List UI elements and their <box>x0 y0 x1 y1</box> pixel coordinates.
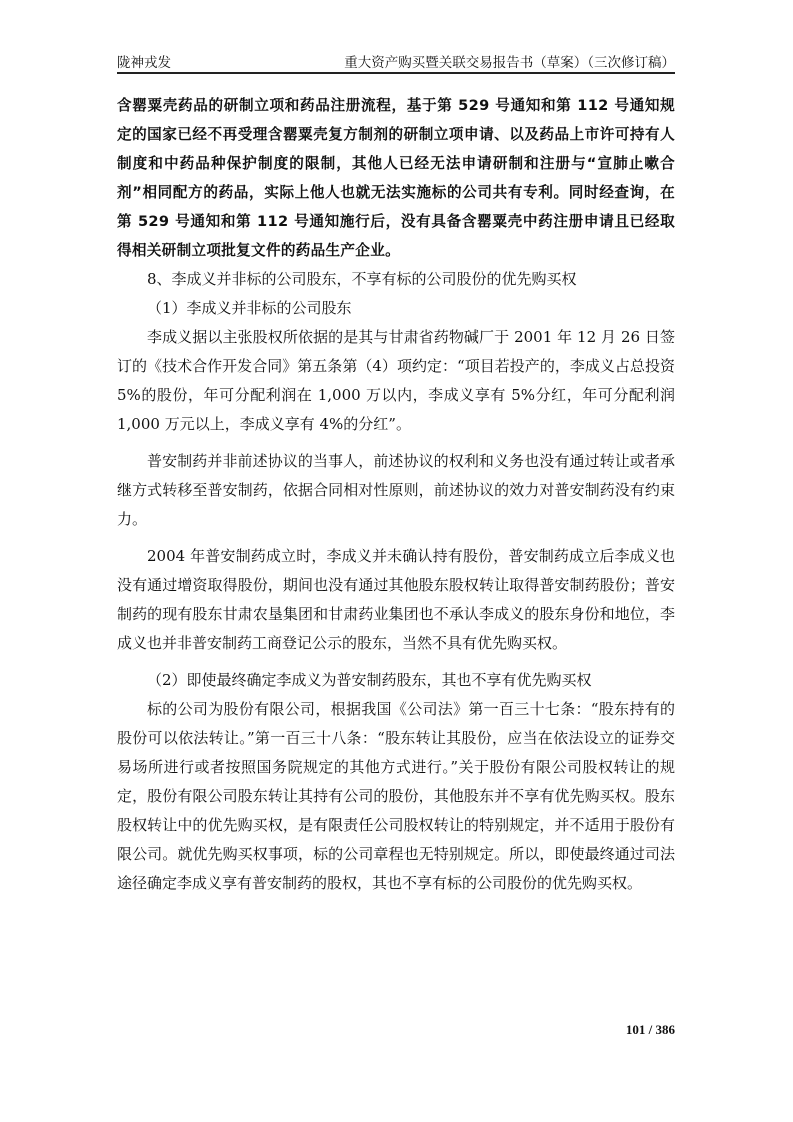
page-content: 含罂粟壳药品的研制立项和药品注册流程，基于第 529 号通知和第 112 号通知… <box>117 91 675 898</box>
subsection-2-heading: （2）即使最终确定李成义为普安制药股东，其也不享有优先购买权 <box>117 666 675 695</box>
section-8-heading: 8、李成义并非标的公司股东，不享有标的公司股份的优先购买权 <box>117 265 675 294</box>
bold-paragraph: 含罂粟壳药品的研制立项和药品注册流程，基于第 529 号通知和第 112 号通知… <box>117 91 675 265</box>
subsection-1-heading: （1）李成义并非标的公司股东 <box>117 294 675 323</box>
page-header: 陇神戎发 重大资产购买暨关联交易报告书（草案）（三次修订稿） <box>117 54 675 74</box>
header-company-name: 陇神戎发 <box>117 54 171 72</box>
subsection-1-paragraph-3: 2004 年普安制药成立时，李成义并未确认持有股份，普安制药成立后李成义也没有通… <box>117 542 675 658</box>
header-document-title: 重大资产购买暨关联交易报告书（草案）（三次修订稿） <box>344 54 675 72</box>
page-number: 101 / 386 <box>626 1022 675 1038</box>
subsection-1-paragraph-1: 李成义据以主张股权所依据的是其与甘肃省药物碱厂于 2001 年 12 月 26 … <box>117 323 675 439</box>
subsection-1-paragraph-2: 普安制药并非前述协议的当事人，前述协议的权利和义务也没有通过转让或者承继方式转移… <box>117 447 675 534</box>
subsection-2-paragraph-1: 标的公司为股份有限公司，根据我国《公司法》第一百三十七条：“股东持有的股份可以依… <box>117 695 675 898</box>
